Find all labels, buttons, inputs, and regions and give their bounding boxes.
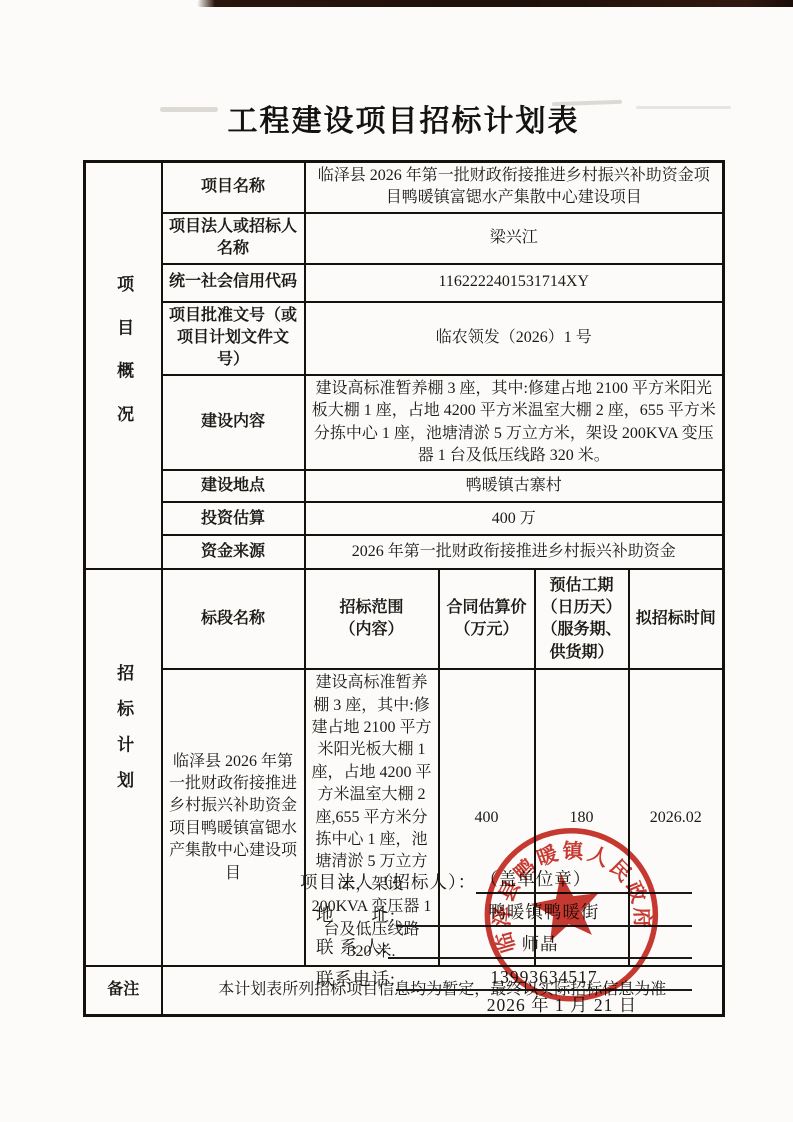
header-estimated-duration: 预估工期 （日历天） （服务期、 供货期）	[535, 569, 629, 669]
value-investment: 400 万	[305, 502, 724, 535]
signature-line-contact: 联 系 人: 师晶	[300, 931, 692, 959]
address-value: 鸭暖镇鸭暖街	[396, 899, 692, 927]
header-segment-name: 标段名称	[162, 569, 305, 669]
document-title: 工程建设项目招标计划表	[0, 96, 793, 140]
value-project-name: 临泽县 2026 年第一批财政衔接推进乡村振兴补助资金项目鸭暖镇富锶水产集散中心…	[305, 162, 724, 213]
label-remarks: 备注	[85, 966, 162, 1015]
label-investment: 投资估算	[162, 502, 305, 535]
label-fund-source: 资金来源	[162, 535, 305, 569]
contact-label: 联 系 人:	[300, 934, 388, 959]
row-investment: 投资估算 400 万	[85, 502, 724, 535]
row-fund-source: 资金来源 2026 年第一批财政衔接推进乡村振兴补助资金	[85, 535, 724, 569]
header-bidding-scope: 招标范围 （内容）	[305, 569, 439, 669]
header-planned-bid-time: 拟招标时间	[629, 569, 724, 669]
signature-line-legal-person: 项目法人（招标人）： （盖单位章）	[300, 866, 692, 894]
section-label-text: 招标计划	[111, 664, 135, 807]
signature-line-address: 地 址: 鸭暖镇鸭暖街	[300, 899, 692, 927]
row-credit-code: 统一社会信用代码 1162222401531714XY	[85, 264, 724, 302]
row-approval-doc: 项目批准文号（或项目计划文件文号） 临农领发（2026）1 号	[85, 302, 724, 375]
row-location: 建设地点 鸭暖镇古寨村	[85, 470, 724, 502]
scanned-document-page: 工程建设项目招标计划表 项目概况 项目名称 临泽县 2026 年第一批财政衔接推…	[0, 0, 793, 1122]
cell-segment-name: 临泽县 2026 年第一批财政衔接推进乡村振兴补助资金项目鸭暖镇富锶水产集散中心…	[162, 669, 305, 966]
legal-person-label: 项目法人（招标人）：	[300, 869, 476, 894]
section-label-project-overview: 项目概况	[85, 162, 162, 570]
signature-line-phone: 联系电话: 13993634517	[300, 963, 692, 991]
scan-artifact-top-band	[197, 0, 793, 7]
contact-value: 师晶	[388, 931, 692, 959]
label-location: 建设地点	[162, 470, 305, 502]
value-legal-person: 梁兴江	[305, 213, 724, 264]
value-construction-content: 建设高标准暂养棚 3 座，其中:修建占地 2100 平方米阳光板大棚 1 座，占…	[305, 375, 724, 471]
header-contract-price: 合同估算价 （万元）	[439, 569, 535, 669]
value-location: 鸭暖镇古寨村	[305, 470, 724, 502]
value-fund-source: 2026 年第一批财政衔接推进乡村振兴补助资金	[305, 535, 724, 569]
label-legal-person: 项目法人或招标人名称	[162, 213, 305, 264]
label-project-name: 项目名称	[162, 162, 305, 213]
legal-person-value: （盖单位章）	[476, 866, 692, 894]
phone-value: 13993634517	[396, 967, 692, 991]
row-legal-person: 项目法人或招标人名称 梁兴江	[85, 213, 724, 264]
label-construction-content: 建设内容	[162, 375, 305, 471]
phone-label: 联系电话:	[300, 966, 396, 991]
section-label-bidding-plan: 招标计划	[85, 569, 162, 966]
document-date: 2026 年 1 月 21 日	[452, 992, 672, 1017]
label-approval-doc: 项目批准文号（或项目计划文件文号）	[162, 302, 305, 375]
label-credit-code: 统一社会信用代码	[162, 264, 305, 302]
address-label: 地 址:	[300, 902, 396, 927]
row-project-name: 项目概况 项目名称 临泽县 2026 年第一批财政衔接推进乡村振兴补助资金项目鸭…	[85, 162, 724, 213]
value-approval-doc: 临农领发（2026）1 号	[305, 302, 724, 375]
section-label-text: 项目概况	[111, 275, 135, 448]
row-construction-content: 建设内容 建设高标准暂养棚 3 座，其中:修建占地 2100 平方米阳光板大棚 …	[85, 375, 724, 471]
value-credit-code: 1162222401531714XY	[305, 264, 724, 302]
row-bidding-headers: 招标计划 标段名称 招标范围 （内容） 合同估算价 （万元） 预估工期 （日历天…	[85, 569, 724, 669]
